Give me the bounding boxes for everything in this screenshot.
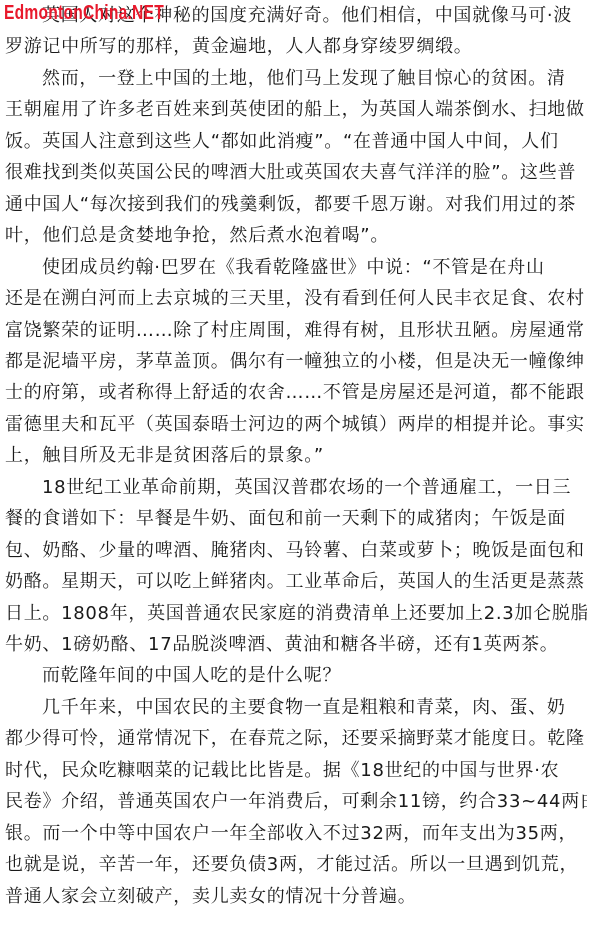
- text-line: 日上。1808年，英国普通农民家庭的消费清单上还要加上2.3加仑脱脂: [5, 598, 587, 630]
- text-line: 民卷》介绍，普通英国农户一年消费后，可剩余11镑，约合33~44两白: [5, 786, 587, 818]
- paragraph-first-line: 18世纪工业革命前期，英国汉普郡农场的一个普通雇工，一日三: [5, 472, 587, 504]
- text-line: 还是在溯白河而上去京城的三天里，没有看到任何人民丰衣足食、农村: [5, 283, 587, 315]
- text-line: 银。而一个中等中国农户一年全部收入不过32两，而年支出为35两，: [5, 818, 587, 850]
- text-line: 牛奶、1磅奶酪、17品脱淡啤酒、黄油和糖各半磅，还有1英两茶。: [5, 629, 587, 661]
- text-line: 叶，他们总是贪婪地争抢，然后煮水泡着喝”。: [5, 220, 587, 252]
- paragraph-first-line: 几千年来，中国农民的主要食物一直是粗粮和青菜，肉、蛋、奶: [5, 692, 587, 724]
- text-line: 包、奶酪、少量的啤酒、腌猪肉、马铃薯、白菜或萝卜；晚饭是面包和: [5, 535, 587, 567]
- text-line: 富饶繁荣的证明……除了村庄周围，难得有树，且形状丑陋。房屋通常: [5, 315, 587, 347]
- text-line: 奶酪。星期天，可以吃上鲜猪肉。工业革命后，英国人的生活更是蒸蒸: [5, 566, 587, 598]
- text-line: 普通人家会立刻破产，卖儿卖女的情况十分普遍。: [5, 881, 587, 913]
- text-line: 罗游记中所写的那样，黄金遍地，人人都身穿绫罗绸缎。: [5, 31, 587, 63]
- paragraph-first-line: 而乾隆年间的中国人吃的是什么呢？: [5, 660, 587, 692]
- text-line: 饭。英国人注意到这些人“都如此消瘦”。“在普通中国人中间，人们: [5, 126, 587, 158]
- text-line: 餐的食谱如下：早餐是牛奶、面包和前一天剩下的咸猪肉；午饭是面: [5, 503, 587, 535]
- text-line: 通中国人“每次接到我们的残羹剩饭，都要千恩万谢。对我们用过的茶: [5, 189, 587, 221]
- text-line: 王朝雇用了许多老百姓来到英使团的船上，为英国人端茶倒水、扫地做: [5, 94, 587, 126]
- text-line: 雷德里夫和瓦平（英国泰晤士河边的两个城镇）两岸的相提并论。事实: [5, 409, 587, 441]
- text-line: 也就是说，辛苦一年，还要负债3两，才能过活。所以一旦遇到饥荒，: [5, 849, 587, 881]
- text-line: 都少得可怜，通常情况下，在春荒之际，还要采摘野菜才能度日。乾隆: [5, 723, 587, 755]
- paragraph-first-line: 使团成员约翰·巴罗在《我看乾隆盛世》中说：“不管是在舟山: [5, 252, 587, 284]
- text-line: 很难找到类似英国公民的啤酒大肚或英国农夫喜气洋洋的脸”。这些普: [5, 157, 587, 189]
- text-line: 士的府第，或者称得上舒适的农舍……不管是房屋还是河道，都不能跟: [5, 377, 587, 409]
- document-page: EdmontonChina.NET 英国人对这个神秘的国度充满好奇。他们相信，中…: [0, 0, 590, 925]
- text-line: 都是泥墙平房，茅草盖顶。偶尔有一幢独立的小楼，但是决无一幢像绅: [5, 346, 587, 378]
- watermark-logo: EdmontonChina.NET: [4, 1, 164, 25]
- text-line: 上，触目所及无非是贫困落后的景象。”: [5, 440, 587, 472]
- text-line: 时代，民众吃糠咽菜的记载比比皆是。据《18世纪的中国与世界·农: [5, 755, 587, 787]
- paragraph-first-line: 然而，一登上中国的土地，他们马上发现了触目惊心的贫困。清: [5, 63, 587, 95]
